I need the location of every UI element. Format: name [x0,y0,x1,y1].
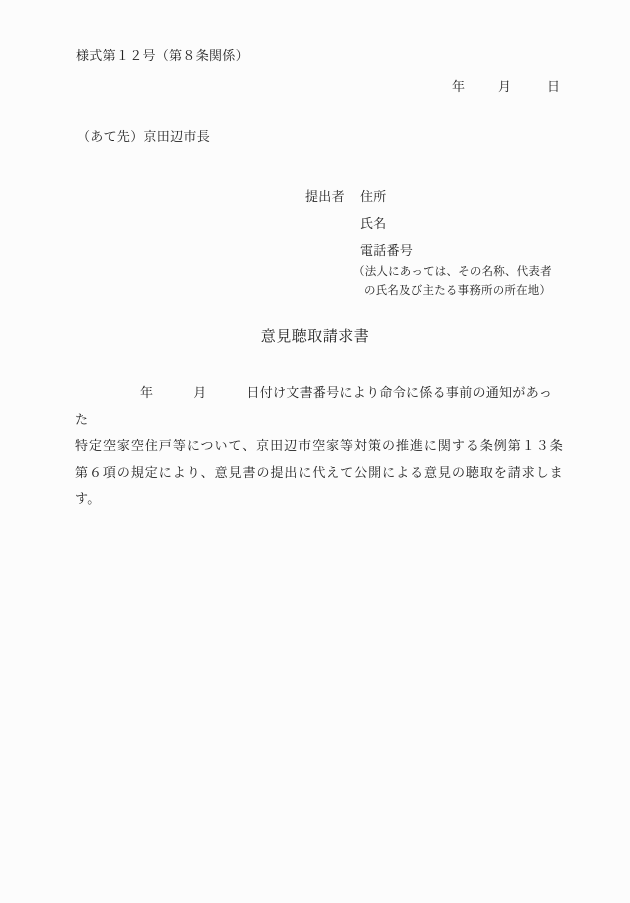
body-paragraph: 年 月 日付け文書番号により命令に係る事前の通知があった 特定空家空住戸等につい… [75,380,563,513]
submitter-field-phone-label: 電話番号 [360,243,413,259]
body-line-2: 特定空家空住戸等について、京田辺市空家等対策の推進に関する条例第１３条 [75,433,563,460]
body-line-3: 第６項の規定により、意見書の提出に代えて公開による意見の聴取を請求しま [75,460,563,487]
submitter-field-address-label: 住所 [360,189,387,205]
form-number: 様式第１２号（第８条関係） [76,48,249,64]
corporate-note-line-2: の氏名及び主たる事務所の所在地） [364,285,551,299]
corporate-note-line-1: （法人にあっては、その名称、代表者 [353,266,552,280]
date-line: 年 月 日 [0,79,630,95]
body-line-1: 年 月 日付け文書番号により命令に係る事前の通知があった [75,380,563,433]
date-month-label: 月 [498,79,511,95]
submitter-field-name-label: 氏名 [360,216,387,232]
body-line-4: す。 [75,486,563,513]
document-title: 意見聴取請求書 [0,328,630,346]
addressee-line: （あて先）京田辺市長 [77,129,210,145]
document-page: 様式第１２号（第８条関係） 年 月 日 （あて先）京田辺市長 提出者 住所 氏名… [0,0,630,903]
date-day-label: 日 [547,79,560,95]
submitter-label: 提出者 [305,189,345,205]
date-year-label: 年 [452,79,465,95]
